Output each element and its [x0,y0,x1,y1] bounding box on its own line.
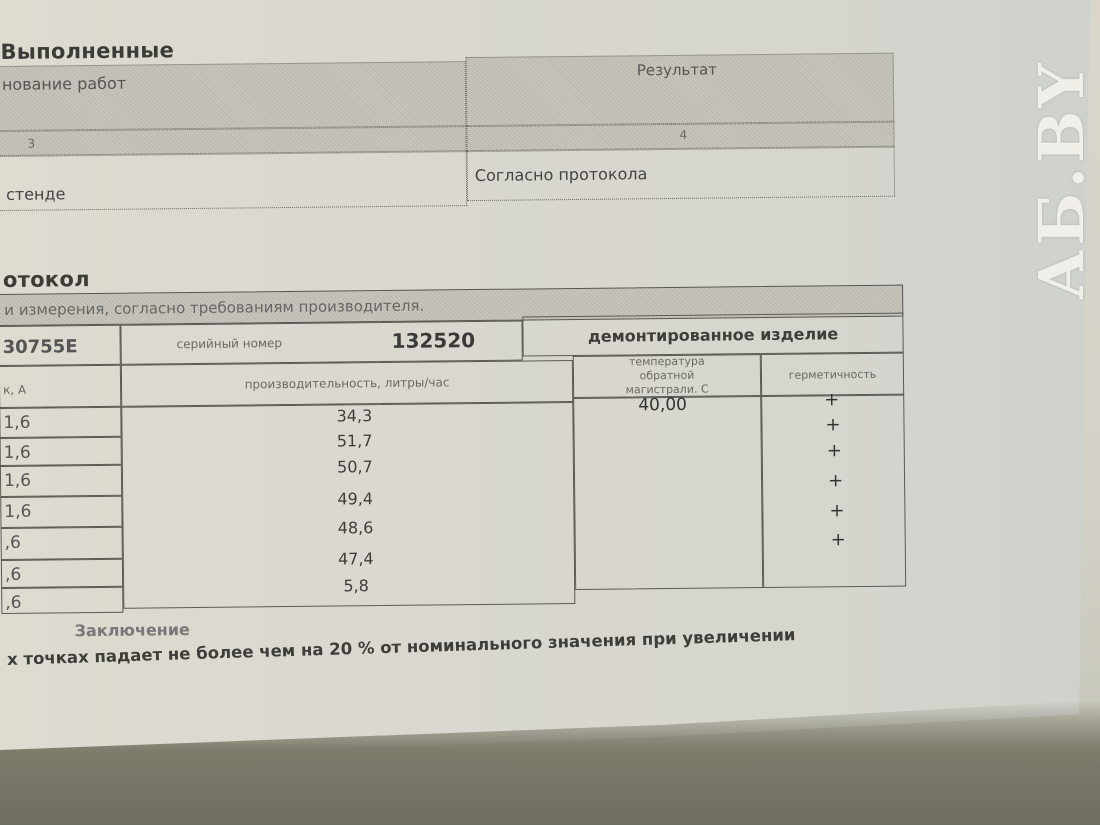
tightness-value: + [828,470,843,491]
works-row-name: стенде [0,151,467,211]
capacity-value: 50,7 [325,457,385,477]
protocol-note: и измерения, согласно требованиям произв… [4,297,424,319]
product-state: демонтированное изделие [588,324,839,346]
works-header-result: Результат [466,53,895,126]
current-value: ,6 [5,533,21,553]
works-row-result: Согласно протокола [467,147,896,201]
tightness-header-label: герметичность [789,367,877,381]
temperature-header: температура обратной магистрали. С [573,354,761,398]
serial-value: 132520 [391,328,475,353]
temperature-column: 40,00 [573,396,763,590]
capacity-value: 5,8 [326,576,386,596]
work-result: Согласно протокола [475,164,648,185]
watermark-logo: АБ.BY [1025,59,1098,300]
capacity-value: 47,4 [326,549,386,569]
tightness-value: + [824,389,839,410]
current-value: 1,6 [4,443,31,463]
capacity-value: 34,3 [324,406,384,426]
current-cell: ,6 [1,559,123,588]
product-state-cell: демонтированное изделие [522,313,903,357]
current-value: ,6 [5,565,21,585]
tightness-value: + [825,414,840,435]
current-cell: 1,6 [0,407,122,438]
column-number-3: 3 [27,137,35,151]
serial-cell: серийный номер 132520 [120,321,522,365]
temperature-value: 40,00 [638,395,687,416]
current-value: 1,6 [4,471,31,491]
current-cell: 1,6 [0,437,122,466]
current-cell: 1,6 [0,465,122,497]
work-name: стенде [6,184,66,204]
conclusion-title: Заключение [75,620,190,640]
current-value: 1,6 [3,413,30,433]
capacity-value: 48,6 [325,518,385,538]
capacity-value: 49,4 [325,489,385,509]
temperature-header-label: температура обратной магистрали. С [604,354,730,397]
works-header-name-label: нование работ [2,74,126,94]
column-number-4: 4 [679,128,687,142]
capacity-header-label: производительность, литры/час [245,375,450,391]
model-number: 30755E [3,336,78,358]
current-value: ,6 [5,593,21,613]
tightness-value: + [831,529,846,550]
current-cell: ,6 [1,527,123,560]
serial-label: серийный номер [177,336,283,351]
current-value: 1,6 [4,502,31,522]
current-cell: 1,6 [0,496,122,528]
tightness-value: + [829,500,844,521]
current-cell: ,6 [1,587,123,614]
capacity-header: производительность, литры/час [121,360,573,407]
model-cell: 30755E [0,325,121,366]
works-header-result-label: Результат [637,60,717,79]
works-header-name: нование работ [0,61,466,131]
current-header-label: к, А [3,383,26,397]
tightness-value: + [827,440,842,461]
capacity-value: 51,7 [325,431,385,451]
current-header: к, А [0,365,121,408]
